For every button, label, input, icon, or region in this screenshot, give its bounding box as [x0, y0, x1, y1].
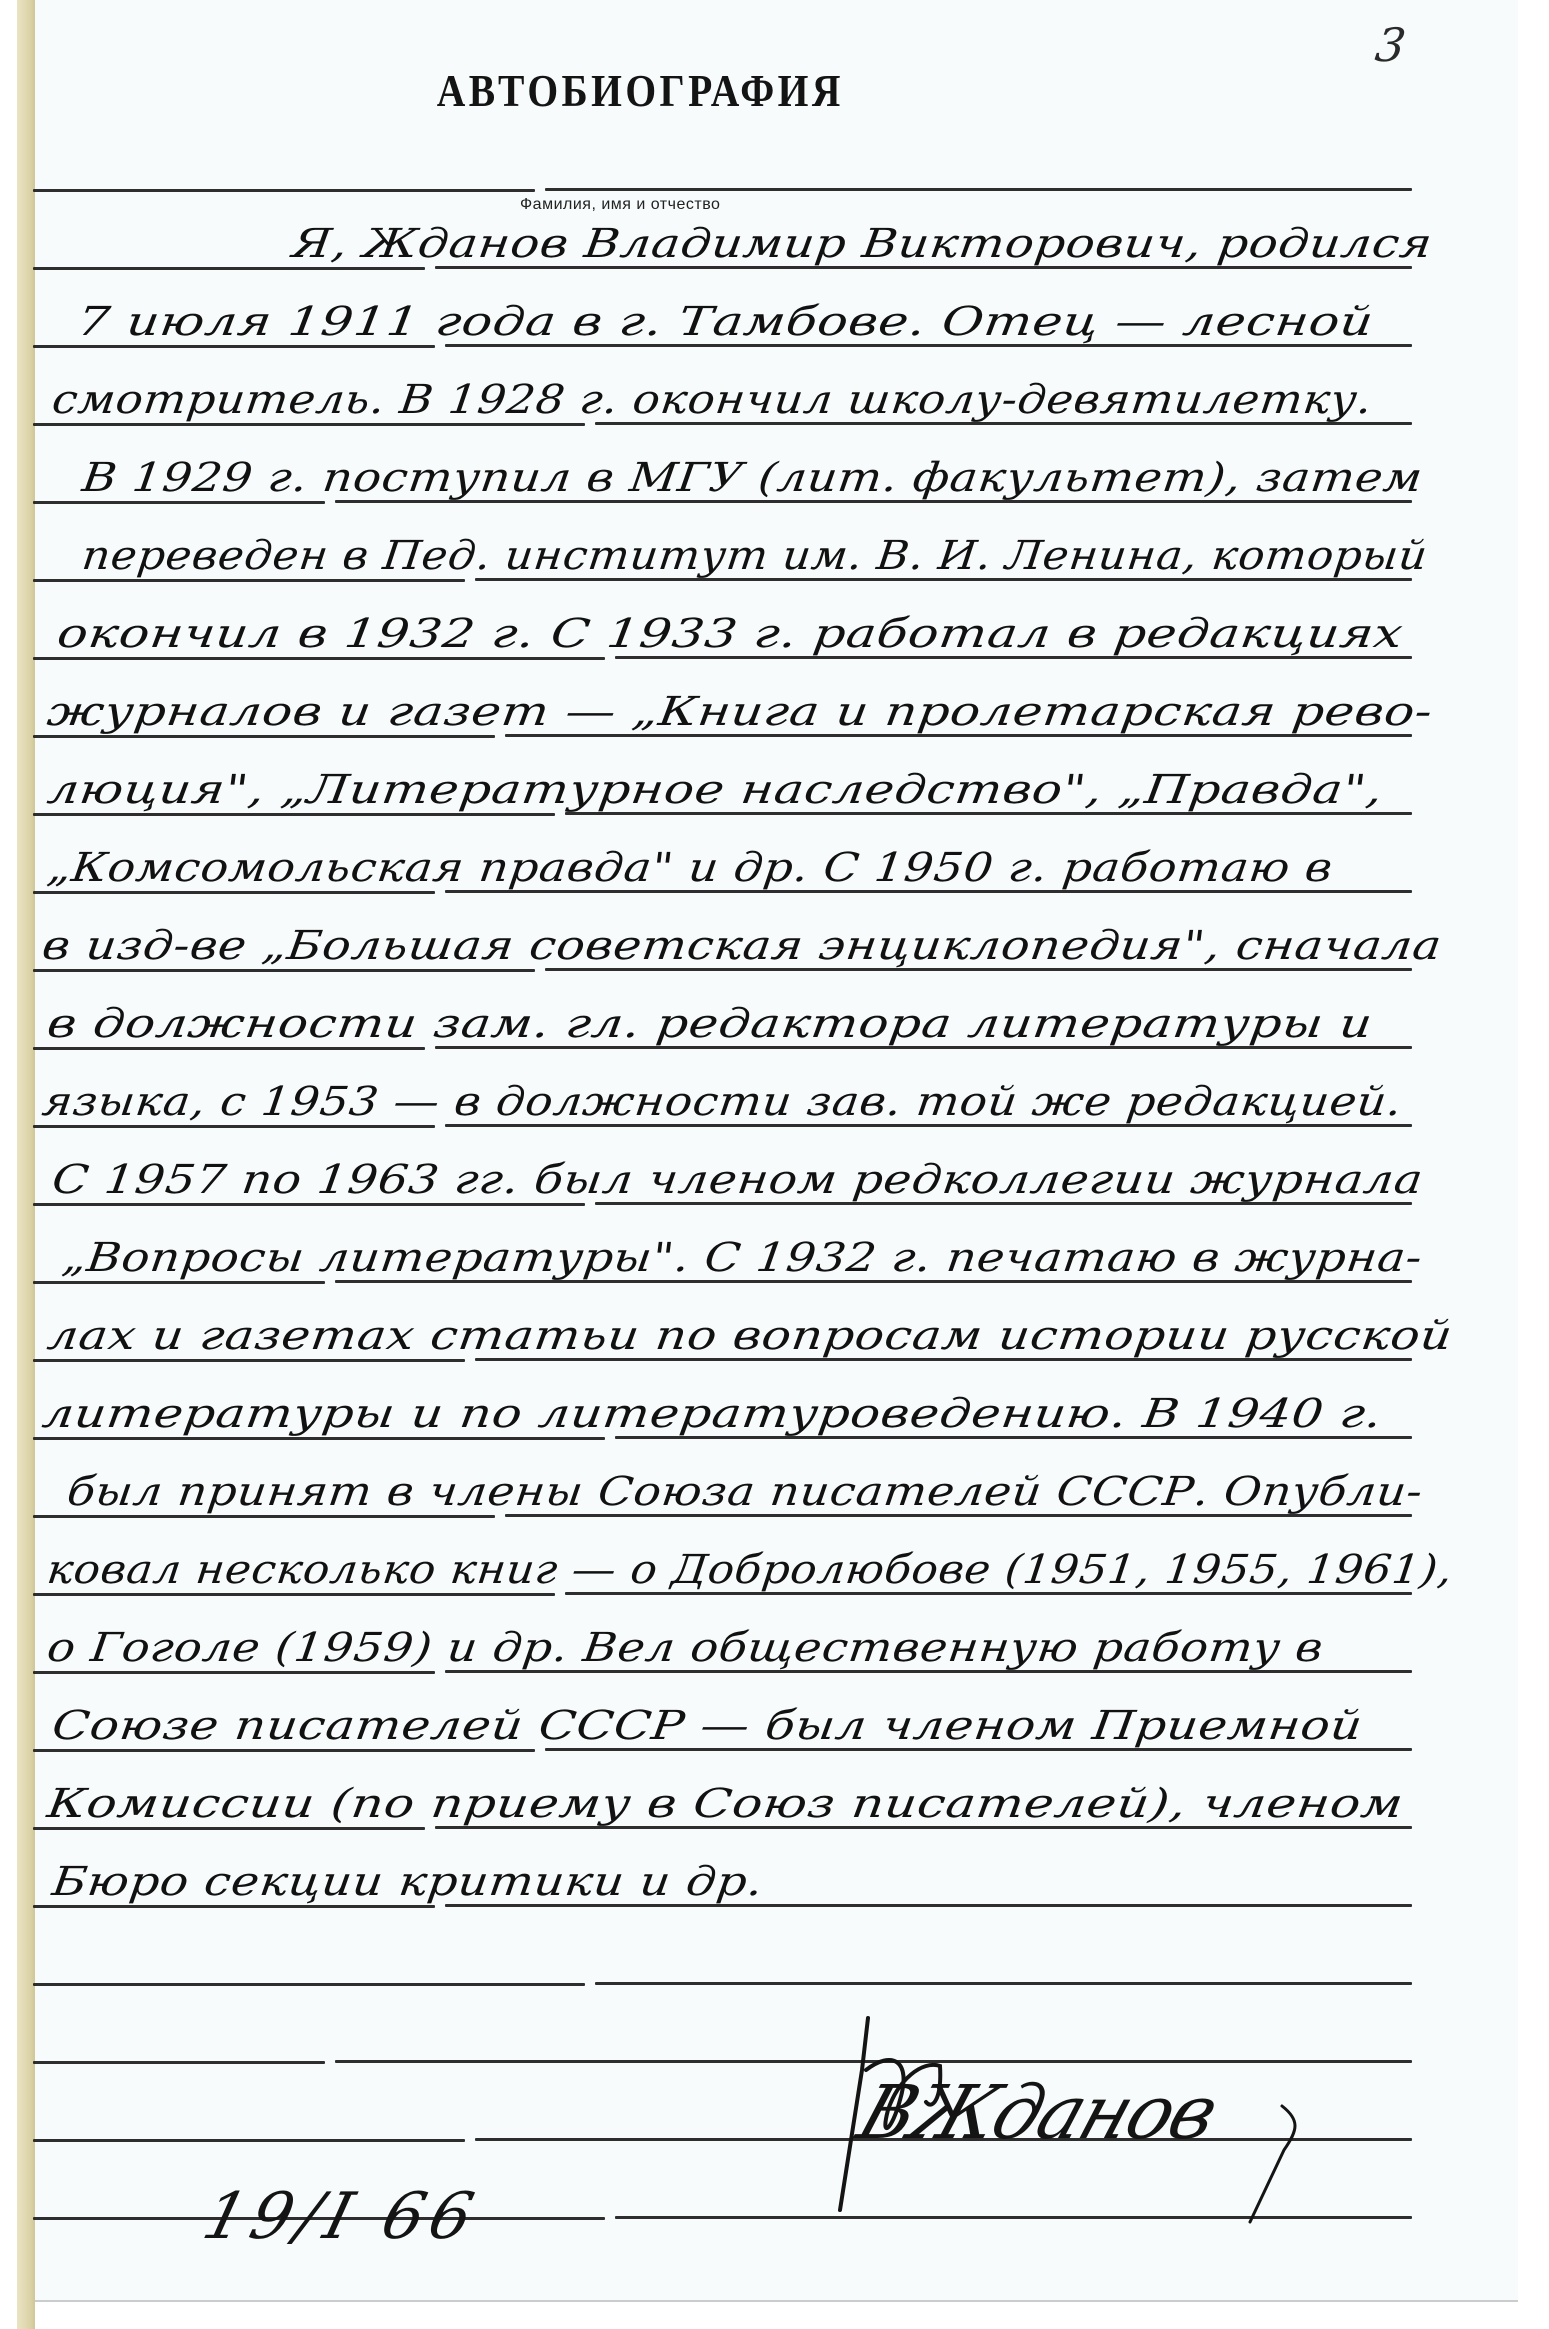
handwritten-line: литературы и по литературоведению. В 194…: [40, 1364, 1388, 1434]
handwritten-line: люция", „Литературное наследство", „Прав…: [45, 740, 1389, 810]
handwritten-line: в должности зам. гл. редактора литератур…: [45, 974, 1379, 1044]
ruled-line: [33, 891, 435, 894]
ruled-line: [33, 1047, 425, 1050]
ruled-line: [33, 657, 605, 660]
ruled-line: [33, 1359, 465, 1362]
ruled-line: [33, 1827, 425, 1830]
ruled-line: [33, 1905, 435, 1908]
handwritten-line: „Вопросы литературы". С 1932 г. печатаю …: [60, 1208, 1428, 1278]
ruled-line: [33, 2061, 325, 2064]
ruled-line: [33, 579, 465, 582]
handwritten-line: Союзе писателей СССР — был членом Приемн…: [50, 1676, 1369, 1746]
ruled-line: [33, 423, 585, 426]
ruled-line: [33, 1749, 535, 1752]
binding-strip: [17, 0, 35, 2329]
ruled-line: [33, 501, 325, 504]
handwritten-line: ковал несколько книг — о Добролюбове (19…: [45, 1520, 1458, 1590]
ruled-line: [33, 1593, 555, 1596]
ruled-line: [33, 1281, 325, 1284]
document-title: АВТОБИОГРАФИЯ: [427, 64, 854, 117]
ruled-line: [33, 1203, 585, 1206]
handwritten-line: Комиссии (по приему в Союз писателей), ч…: [45, 1754, 1410, 1824]
ruled-line: [33, 1125, 435, 1128]
handwritten-line: смотритель. В 1928 г. окончил школу-девя…: [50, 350, 1378, 420]
ruled-line: [33, 1437, 605, 1440]
signature-date: 19/I 66: [196, 2180, 487, 2254]
ruled-line: [33, 735, 495, 738]
ruled-line: [33, 2139, 465, 2142]
handwritten-line: языка, с 1953 — в должности зав. той же …: [40, 1052, 1408, 1122]
handwritten-line: о Гоголе (1959) и др. Вел общественную р…: [45, 1598, 1329, 1668]
handwritten-line: окончил в 1932 г. С 1933 г. работал в ре…: [55, 584, 1409, 654]
handwritten-line: „Комсомольская правда" и др. С 1950 г. р…: [45, 818, 1338, 888]
handwritten-line: журналов и газет — „Книга и пролетарская…: [45, 662, 1439, 732]
handwritten-line: 7 июля 1911 года в г. Тамбове. Отец — ле…: [75, 272, 1380, 342]
ruled-line: [33, 1671, 435, 1674]
signature: ВЖданов: [822, 2010, 1342, 2230]
ruled-line: [33, 813, 555, 816]
handwritten-line: В 1929 г. поступил в МГУ (лит. факультет…: [80, 428, 1428, 498]
ruled-line: [33, 1515, 495, 1518]
handwritten-line: в изд-ве „Большая советская энциклопедия…: [40, 896, 1448, 966]
handwritten-line: С 1957 по 1963 гг. был членом редколлеги…: [50, 1130, 1429, 1200]
ruled-line: [33, 189, 535, 192]
ruled-line: [595, 1982, 1412, 1985]
handwritten-line: Бюро секции критики и др.: [50, 1832, 769, 1902]
handwritten-line: переведен в Пед. институт им. В. И. Лени…: [80, 506, 1433, 576]
ruled-line: [33, 1983, 585, 1986]
ruled-line: [545, 188, 1412, 191]
handwritten-line: лах и газетах статьи по вопросам истории…: [45, 1286, 1459, 1356]
ruled-line: [33, 969, 535, 972]
ruled-line: [33, 345, 435, 348]
handwritten-line: был принят в члены Союза писателей СССР.…: [65, 1442, 1428, 1512]
signature-text: ВЖданов: [848, 2070, 1227, 2156]
ruled-line: [33, 267, 425, 270]
handwritten-line: Я, Жданов Владимир Викторович, родился: [290, 194, 1438, 264]
